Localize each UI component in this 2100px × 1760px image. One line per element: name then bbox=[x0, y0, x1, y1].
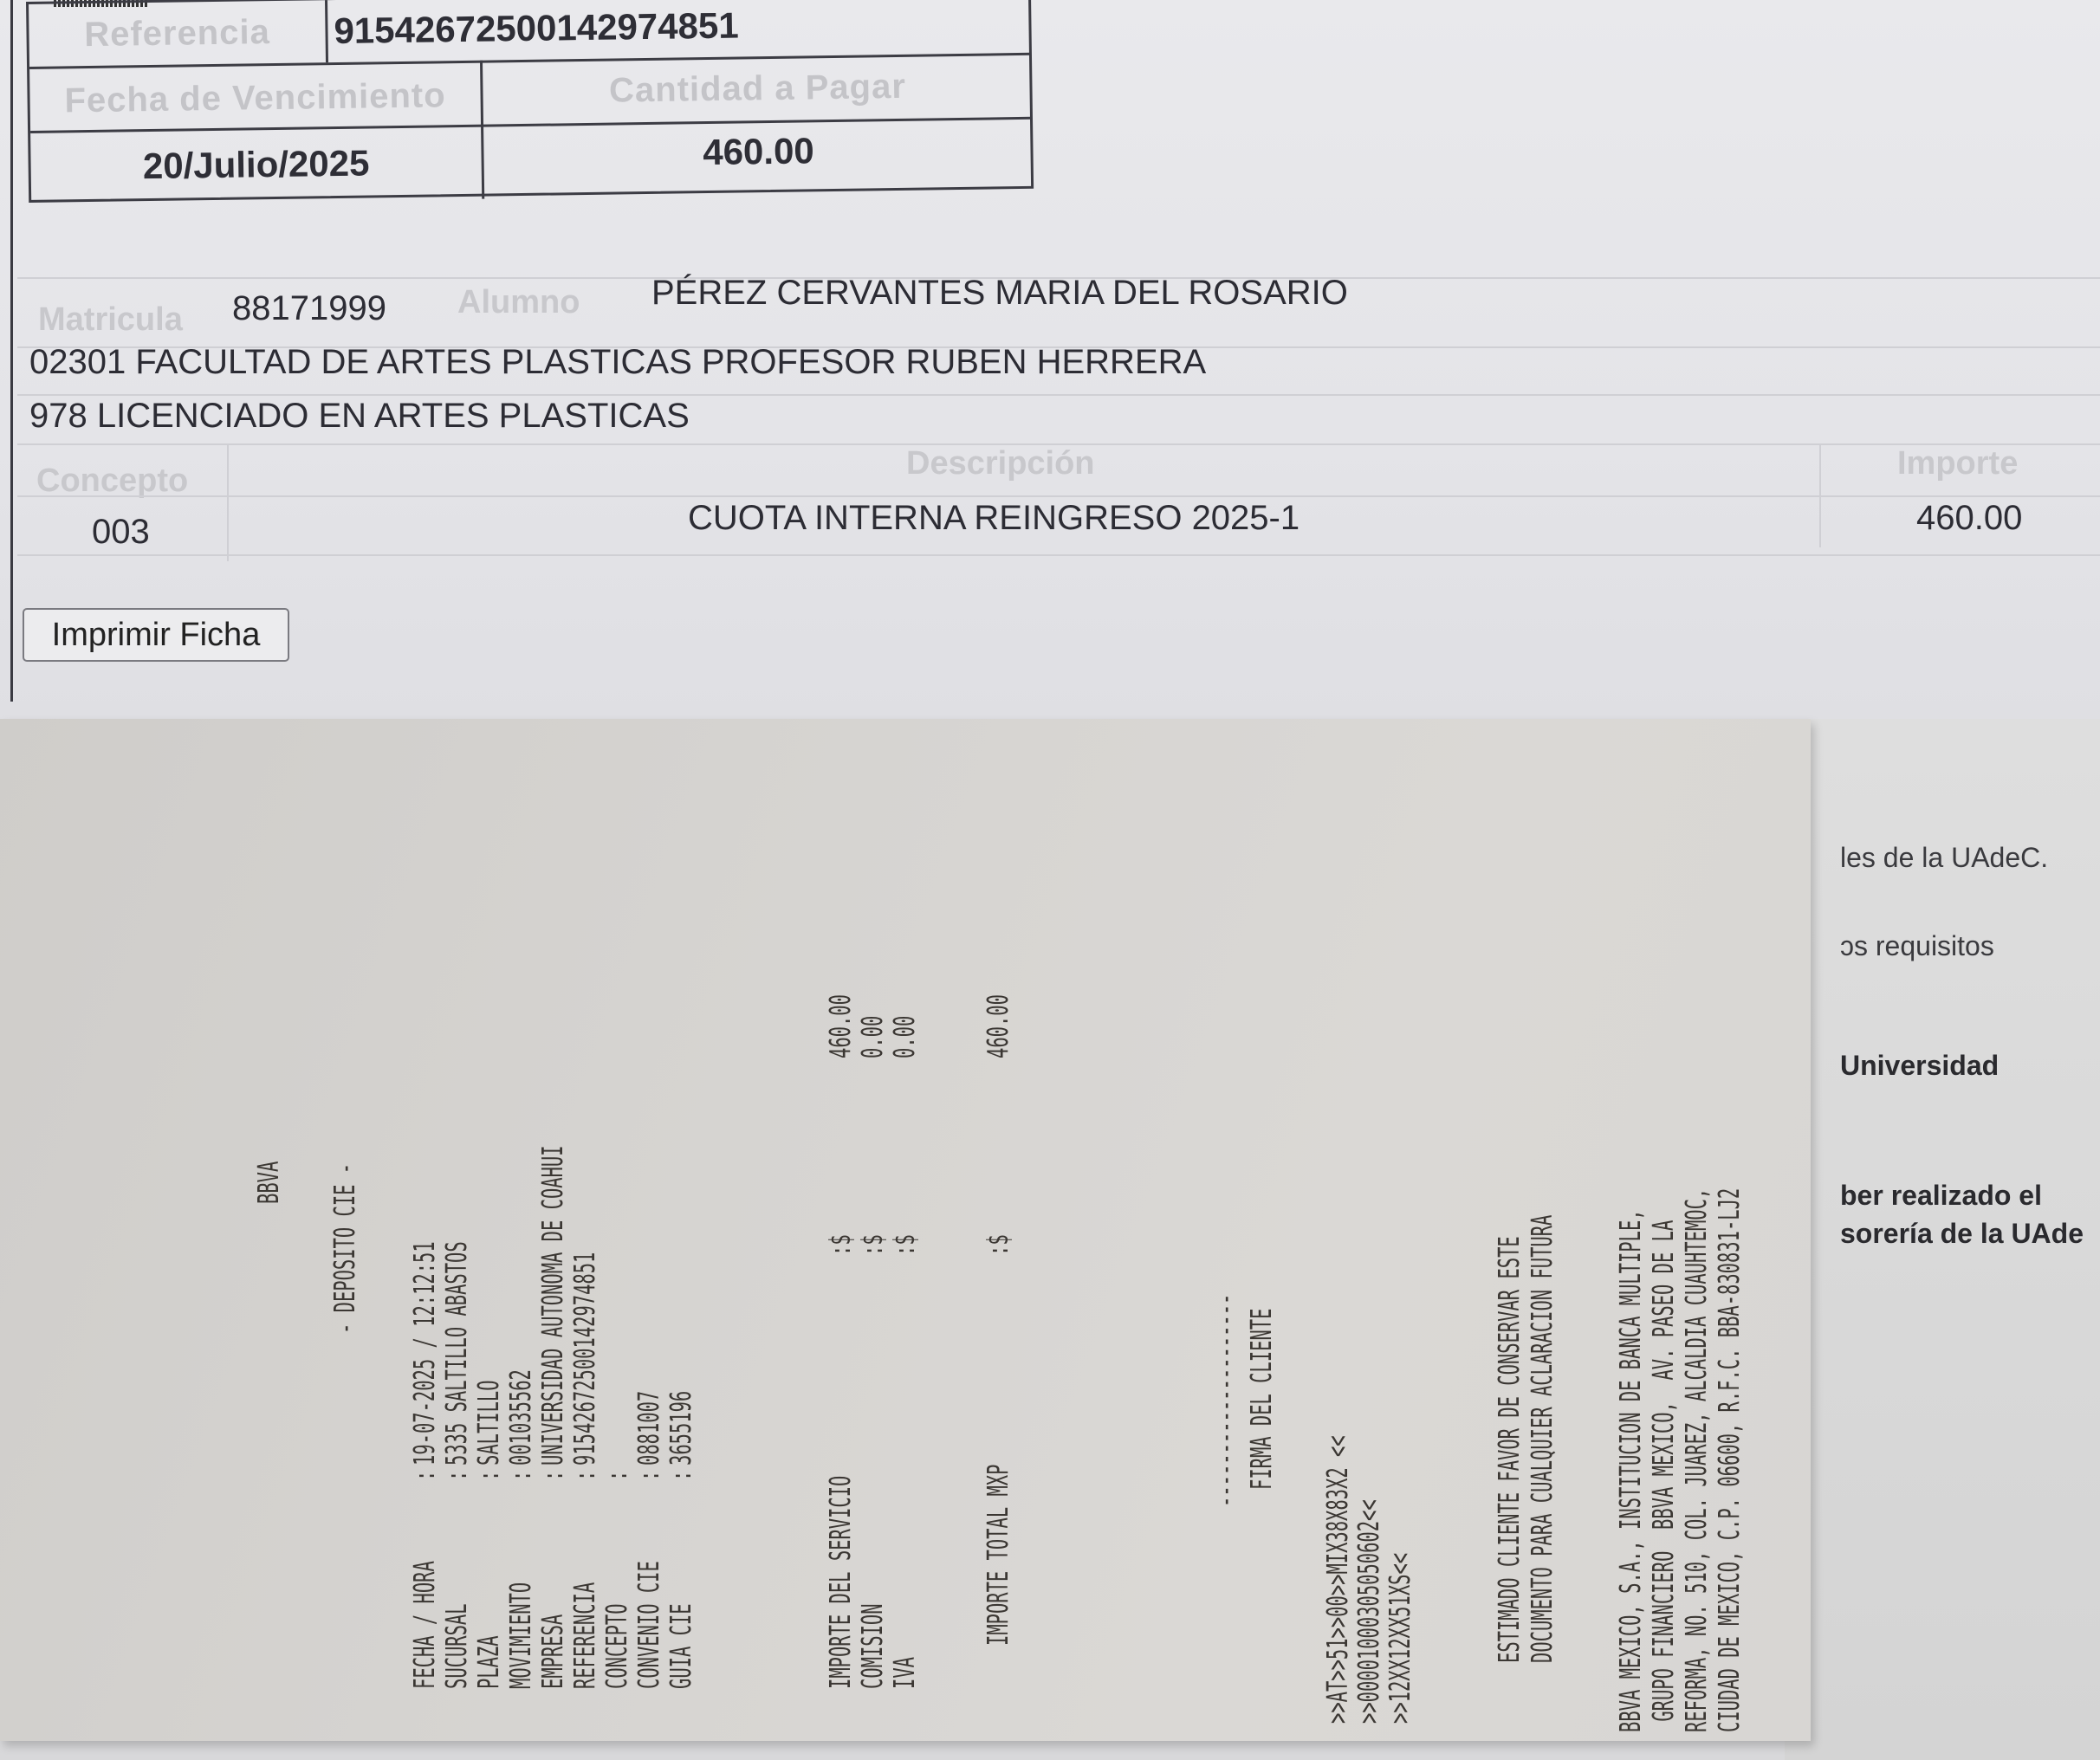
receipt-field-value: UNIVERSIDAD AUTONOMA DE COAHUI bbox=[535, 1145, 569, 1466]
receipt-amount-value: 0.00 bbox=[855, 1016, 889, 1058]
side-text-2: ɔs requisitos bbox=[1840, 930, 1994, 962]
receipt-field-colon: : bbox=[600, 1471, 633, 1481]
receipt-field-colon: : bbox=[407, 1471, 441, 1481]
receipt-field-colon: : bbox=[439, 1471, 473, 1481]
receipt-field-value: 001035562 bbox=[503, 1369, 537, 1466]
amount-label: Cantidad a Pagar bbox=[483, 56, 1032, 121]
receipt-field-label: PLAZA bbox=[471, 1635, 505, 1689]
receipt-field-colon: : bbox=[664, 1471, 697, 1481]
receipt-total-currency: :$ bbox=[981, 1234, 1014, 1256]
receipt-code-1: >>AT>>51>>00>>MIX38X83X2 << bbox=[1320, 1435, 1354, 1724]
due-date-label: Fecha de Vencimiento bbox=[29, 64, 481, 133]
concepts-header-importe: Importe bbox=[1897, 445, 2018, 482]
receipt-total-value: 460.00 bbox=[981, 994, 1014, 1058]
receipt-footer-2: GRUPO FINANCIERO BBVA MEXICO, AV. PASEO … bbox=[1646, 1220, 1680, 1732]
receipt-field-label: REFERENCIA bbox=[567, 1582, 601, 1689]
reference-value: 915426725001429748​51 bbox=[334, 0, 1027, 62]
receipt-field-value: 3655196 bbox=[664, 1391, 697, 1466]
concepts-header-descripcion: Descripción bbox=[906, 445, 1095, 482]
side-text-3: Universidad bbox=[1840, 1050, 1999, 1082]
payment-slip-sheet: Referencia 915426725001429748​51 Fecha d… bbox=[0, 0, 2100, 719]
receipt-amount-currency: :$ bbox=[887, 1234, 921, 1256]
receipt-field-label: MOVIMIENTO bbox=[503, 1582, 537, 1689]
receipt-field-value: SALTILLO bbox=[471, 1380, 505, 1466]
receipt-amount-value: 460.00 bbox=[823, 994, 857, 1058]
receipt-amount-currency: :$ bbox=[855, 1234, 889, 1256]
due-date-value: 20/Julio/2025 bbox=[30, 128, 482, 202]
program-name: 978 LICENCIADO EN ARTES PLASTICAS bbox=[29, 397, 690, 436]
concepts-header-concepto: Concepto bbox=[36, 463, 188, 500]
program-row-divider bbox=[17, 394, 2100, 396]
receipt-amount-currency: :$ bbox=[823, 1234, 857, 1256]
receipt-field-colon: : bbox=[632, 1471, 665, 1481]
receipt-code-2: >>00001000305050602<< bbox=[1351, 1499, 1385, 1724]
receipt-notice-1: ESTIMADO CLIENTE FAVOR DE CONSERVAR ESTE bbox=[1492, 1236, 1526, 1663]
receipt-footer-3: REFORMA, NO. 510, COL. JUAREZ, ALCALDIA … bbox=[1679, 1188, 1713, 1732]
receipt-field-label: EMPRESA bbox=[535, 1614, 569, 1689]
receipt-field-colon: : bbox=[503, 1471, 537, 1481]
receipt-field-label: CONVENIO CIE bbox=[632, 1561, 665, 1689]
receipt-amount-label: IVA bbox=[887, 1657, 921, 1689]
receipt-amount-label: IMPORTE DEL SERVICIO bbox=[823, 1476, 857, 1689]
receipt-bank-name: BBVA bbox=[251, 1161, 285, 1204]
faculty-name: 02301 FACULTAD DE ARTES PLASTICAS PROFES… bbox=[29, 343, 1206, 382]
matricula-label: Matricula bbox=[38, 301, 183, 339]
side-text-5: sorería de la UAde bbox=[1840, 1218, 2084, 1250]
concepts-row-divider bbox=[17, 495, 2100, 497]
receipt-amount-value: 0.00 bbox=[887, 1016, 921, 1058]
bank-receipt: BBVA - DEPOSITO CIE - FECHA / HORA:19-07… bbox=[0, 719, 1811, 1741]
receipt-title: - DEPOSITO CIE - bbox=[327, 1163, 361, 1334]
receipt-total-label: IMPORTE TOTAL MXP bbox=[981, 1465, 1014, 1646]
side-text-4: ber realizado el bbox=[1840, 1180, 2042, 1212]
receipt-field-colon: : bbox=[471, 1471, 505, 1481]
reference-box: Referencia 915426725001429748​51 Fecha d… bbox=[26, 0, 1034, 203]
signature-label: FIRMA DEL CLIENTE bbox=[1244, 1309, 1278, 1490]
receipt-code-3: >>12XX12XX51XS<< bbox=[1383, 1553, 1416, 1724]
student-name: PÉREZ CERVANTES MARIA DEL ROSARIO bbox=[651, 274, 1348, 313]
receipt-field-label: GUIA CIE bbox=[664, 1603, 697, 1689]
receipt-footer-1: BBVA MEXICO, S.A., INSTITUCION DE BANCA … bbox=[1613, 1209, 1647, 1732]
matricula-value: 88171999 bbox=[232, 289, 386, 328]
concept-code: 003 bbox=[92, 513, 150, 552]
alumno-label: Alumno bbox=[457, 284, 580, 321]
concept-amount: 460.00 bbox=[1916, 499, 2022, 538]
receipt-footer-4: CIUDAD DE MEXICO, C.P. 06600, R.F.C. BBA… bbox=[1712, 1188, 1746, 1732]
receipt-field-colon: : bbox=[535, 1471, 569, 1481]
receipt-field-label: CONCEPTO bbox=[600, 1603, 633, 1689]
receipt-field-value: 5335 SALTILLO ABASTOS bbox=[439, 1241, 473, 1466]
receipt-field-value: 19-07-2025 / 12:12:51 bbox=[407, 1241, 441, 1466]
receipt-field-value: 91542672500142974851 bbox=[567, 1252, 601, 1466]
concept-description: CUOTA INTERNA REINGRESO 2025-1 bbox=[688, 499, 1300, 538]
print-slip-button[interactable]: Imprimir Ficha bbox=[23, 608, 289, 662]
reference-label: Referencia bbox=[29, 0, 326, 67]
receipt-amount-label: COMISION bbox=[855, 1603, 889, 1689]
receipt-field-value: 0881007 bbox=[632, 1391, 665, 1466]
amount-value: 460.00 bbox=[484, 117, 1033, 187]
page-border bbox=[10, 0, 13, 702]
side-text-1: les de la UAdeC. bbox=[1840, 842, 2048, 874]
receipt-field-label: FECHA / HORA bbox=[407, 1561, 441, 1689]
receipt-field-colon: : bbox=[567, 1471, 601, 1481]
receipt-field-label: SUCURSAL bbox=[439, 1603, 473, 1689]
concepts-bottom-divider bbox=[17, 554, 2100, 556]
receipt-rotated-content: BBVA - DEPOSITO CIE - FECHA / HORA:19-07… bbox=[0, 719, 1811, 1741]
signature-line: -------------------- bbox=[1208, 1294, 1241, 1507]
receipt-notice-2: DOCUMENTO PARA CUALQUIER ACLARACION FUTU… bbox=[1525, 1215, 1559, 1663]
